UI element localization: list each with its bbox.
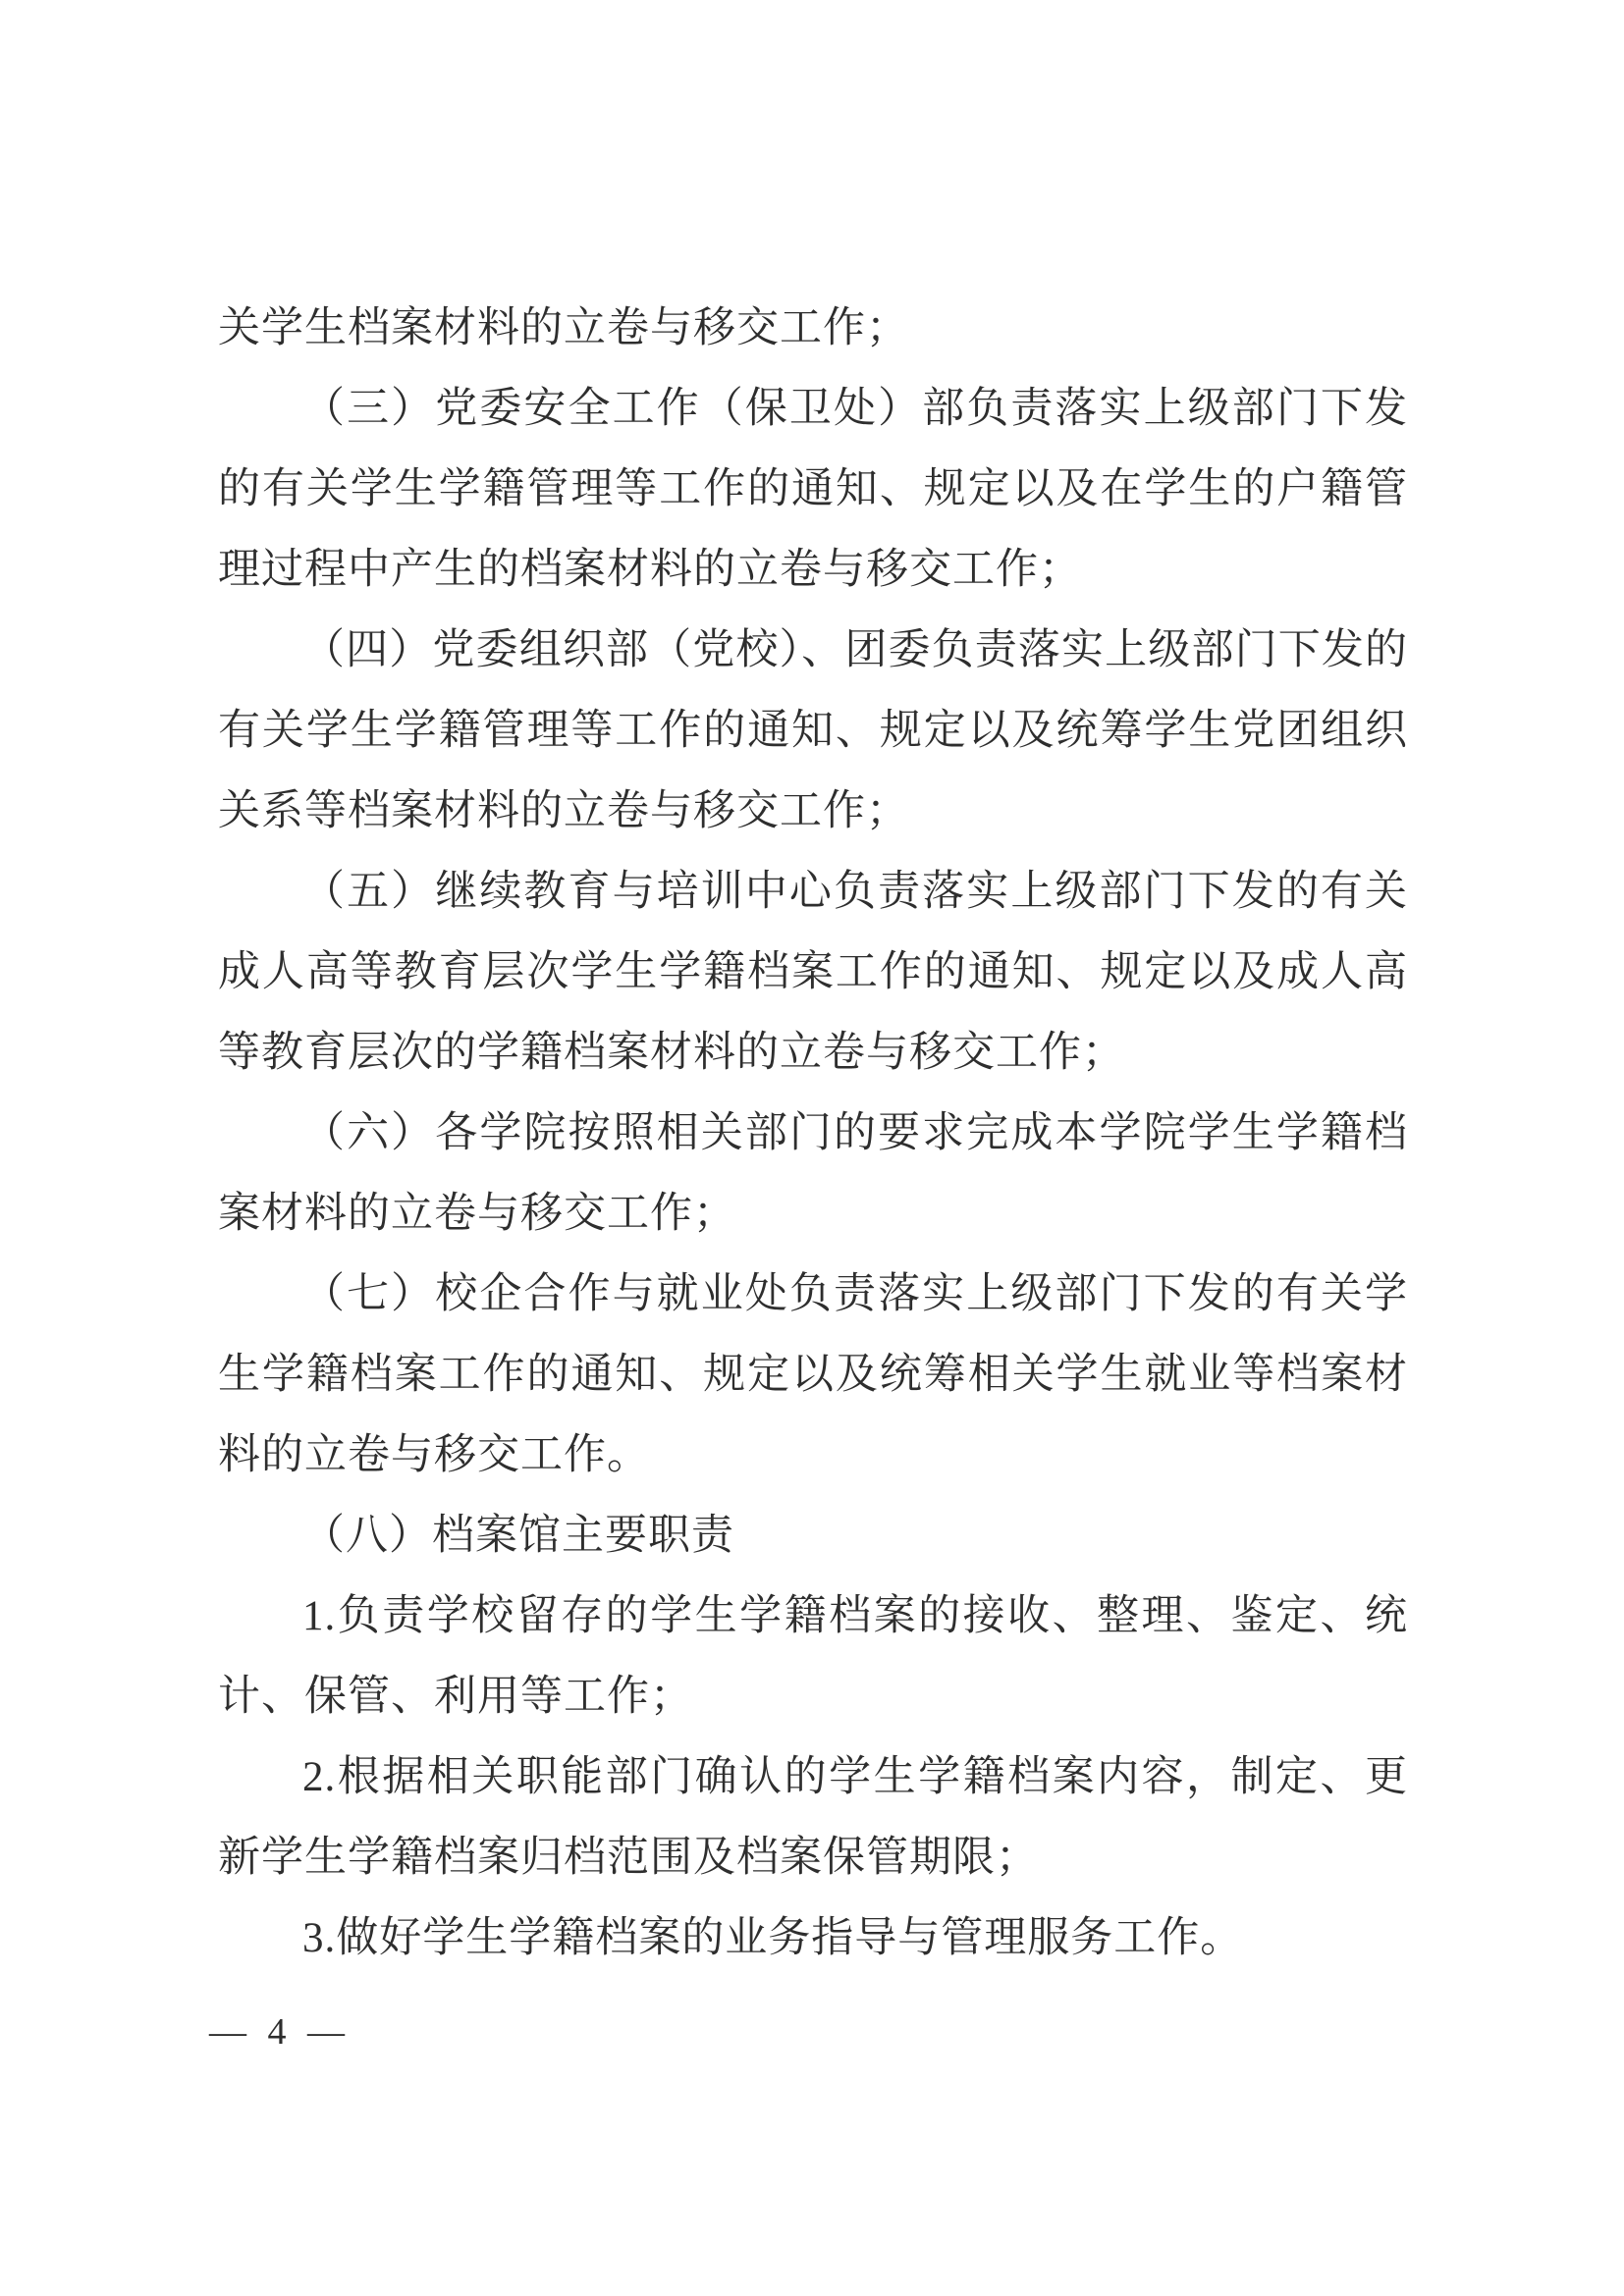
paragraph-item-8-heading: （八）档案馆主要职责 <box>218 1496 1408 1576</box>
paragraph-item-6: （六）各学院按照相关部门的要求完成本学院学生学籍档案材料的立卷与移交工作； <box>218 1094 1408 1255</box>
paragraph-item-7: （七）校企合作与就业处负责落实上级部门下发的有关学生学籍档案工作的通知、规定以及… <box>218 1255 1408 1496</box>
document-body: 关学生档案材料的立卷与移交工作； （三）党委安全工作（保卫处）部负责落实上级部门… <box>218 289 1408 1979</box>
paragraph-duty-2: 2.根据相关职能部门确认的学生学籍档案内容，制定、更新学生学籍档案归档范围及档案… <box>218 1737 1408 1898</box>
paragraph-item-5: （五）继续教育与培训中心负责落实上级部门下发的有关成人高等教育层次学生学籍档案工… <box>218 852 1408 1094</box>
page-number: — 4 — <box>209 2010 351 2054</box>
paragraph-item-4: （四）党委组织部（党校）、团委负责落实上级部门下发的有关学生学籍管理等工作的通知… <box>218 611 1408 852</box>
paragraph-duty-1: 1.负责学校留存的学生学籍档案的接收、整理、鉴定、统计、保管、利用等工作； <box>218 1576 1408 1737</box>
paragraph-item-3: （三）党委安全工作（保卫处）部负责落实上级部门下发的有关学生学籍管理等工作的通知… <box>218 369 1408 611</box>
document-page: 关学生档案材料的立卷与移交工作； （三）党委安全工作（保卫处）部负责落实上级部门… <box>0 0 1624 2296</box>
paragraph-duty-3: 3.做好学生学籍档案的业务指导与管理服务工作。 <box>218 1898 1408 1979</box>
paragraph-continuation: 关学生档案材料的立卷与移交工作； <box>218 289 1408 369</box>
